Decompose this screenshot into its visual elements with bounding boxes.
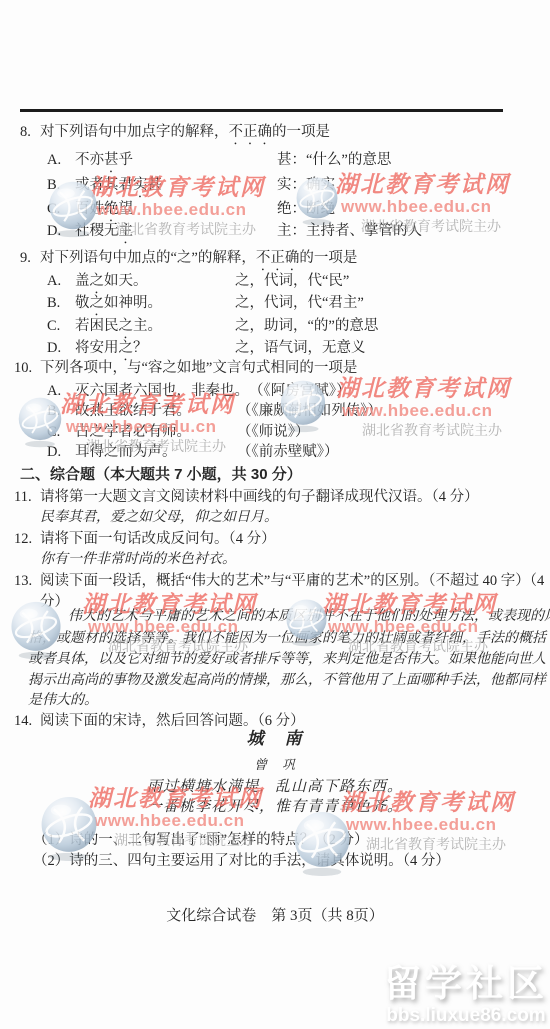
option-phrase: C.古之学者必有师。 [47,422,237,442]
stem-pre: 对下列语句中加点的“之”的解释， [40,250,256,266]
question-13-paragraph-line: 是伟大的。 [28,691,98,711]
question-12-stem: 12. 请将下面一句话改成反问句。（4 分） [14,529,276,549]
question-8-option-a: A.不亦甚乎 甚：“什么”的意思 [47,150,391,176]
phrase-pre: 不亦 [75,152,104,168]
question-10-number: 10. [14,358,40,378]
phrase-pre: 敬 [75,295,90,311]
exam-paper-page: 8. 对下列语句中加点字的解释，不正确的一项是 A.不亦甚乎 甚：“什么”的意思… [0,0,550,1029]
phrase-pre: 盖 [75,273,90,289]
question-11-sentence: 民奉其君，爱之如父母，仰之如日月。 [40,508,278,528]
question-9-number: 9. [20,248,40,274]
option-phrase: A.不亦甚乎 [47,150,277,176]
section-2-header: 二、综合题（本大题共 7 小题，共 30 分） [20,465,302,485]
question-13-stem: 13. 阅读下面一段话，概括“伟大的艺术”与“平庸的艺术”的区别。（不超过 40… [14,571,544,591]
phrase-post: ？ [133,340,148,356]
question-14-number: 14. [14,711,40,731]
question-12-number: 12. [14,529,40,549]
question-13-paragraph-line: 揭示出高尚的事物及激发起高尚的情操，那么，不管他用了上面哪种手法，他都同样 [28,671,546,691]
phrase-post: 主。 [133,318,162,334]
question-8-option-d: D.社稷无主 主：主持者、掌管的人 [47,221,422,247]
watermark-site-url: www.hbee.edu.cn [346,815,515,834]
question-12-sentence: 你有一件非常时尚的米色衬衣。 [40,550,236,570]
header-divider [20,109,503,112]
stem-emphasis: 不正确 [256,250,300,266]
phrase-emphasis: 甚 [104,152,119,168]
question-10-option-c: C.古之学者必有师。 （《师说》） [47,422,310,442]
question-13-number: 13. [14,571,40,591]
stem-post: 的一项是 [299,250,357,266]
question-14-sub2: （2）诗的三、四句主要运用了对比的手法，请具体说明。（4 分） [33,851,450,871]
option-phrase: A.灭六国者六国也，非秦也。 [47,381,249,401]
poem-author: 曾 巩 [0,755,550,775]
question-8-stem: 8. 对下列语句中加点字的解释，不正确的一项是 [20,122,330,148]
option-letter: B. [47,293,75,313]
option-letter: A. [47,381,75,401]
question-8-number: 8. [20,122,40,148]
phrase-pre: 若困民 [75,318,119,334]
option-source: （《前赤壁赋》） [237,442,339,462]
question-14-stem: 14. 阅读下面的宋诗，然后回答问题。（6 分） [14,711,305,731]
option-letter: D. [47,442,75,462]
phrase-post: 如天。 [104,273,148,289]
phrase-post: 甚 [148,177,163,193]
question-10-stem: 10. 下列各项中，与“容之如地”文言句式相同的一项是 [14,358,357,378]
question-12-stem-text: 请将下面一句话改成反问句。（4 分） [40,529,276,549]
option-letter: C. [47,422,75,442]
question-11-stem: 11. 请将第一大题文言文阅读材料中画线的句子翻译成现代汉语。（4 分） [14,487,479,507]
question-13-paragraph-line: 伟大的艺术与平庸的艺术之间的本质区别并不在于他们的处理方法，或表现的风 [68,607,550,627]
question-11-stem-text: 请将第一大题文言文阅读材料中画线的句子翻译成现代汉语。（4 分） [40,487,479,507]
option-source: （《阿房宫赋》） [249,381,351,401]
question-10-option-d: D.耳得之而为声。 （《前赤壁赋》） [47,442,339,462]
option-letter: C. [47,316,75,336]
question-13-stem-text: 阅读下面一段话，概括“伟大的艺术”与“平庸的艺术”的区别。（不超过 40 字）（… [40,571,544,591]
option-phrase: D.社稷无主 [47,221,277,247]
option-gloss: 主：主持者、掌管的人 [277,221,422,247]
question-8-option-b: B.或者其君实甚 实：确实 [47,175,335,201]
phrase-emphasis: 之 [119,318,134,334]
corner-watermark-url: bbs.liuxue86.com [384,1005,548,1027]
phrase-post: 望 [119,201,134,217]
question-11-number: 11. [14,487,40,507]
option-letter: D. [47,338,75,358]
page-footer: 文化综合试卷 第 3页（共 8页） [0,906,550,926]
phrase-emphasis: 之 [90,295,105,311]
phrase-text: 灭六国者六国也，非秦也。 [75,383,249,399]
option-gloss: 实：确实 [277,175,335,201]
poem-line: 雨过横塘水满堤，乱山高下路东西。 [0,777,550,797]
option-letter: A. [47,271,75,291]
phrase-pre: 将安用 [75,340,119,356]
watermark-host-text: 湖北省教育考试院主办 [362,422,511,439]
option-letter: D. [47,221,75,241]
option-phrase: D.耳得之而为声。 [47,442,237,462]
phrase-post: 如神明。 [104,295,162,311]
option-letter: C. [47,199,75,219]
phrase-emphasis: 主 [119,223,134,239]
question-13-stem-wrap: 分） [40,592,69,612]
stem-pre: 对下列语句中加点字的解释， [40,124,229,140]
question-10-stem-text: 下列各项中，与“容之如地”文言句式相同的一项是 [40,358,357,378]
phrase-text: 耳得之而为声。 [75,444,177,460]
option-gloss: 甚：“什么”的意思 [277,150,391,176]
question-8-stem-text: 对下列语句中加点字的解释，不正确的一项是 [40,122,330,148]
phrase-emphasis: 之 [90,273,105,289]
stem-emphasis: 不正确 [229,124,273,140]
question-13-paragraph-line: 或者具体，以及它对细节的爱好或者排斥等等，来判定他是否伟大。如果他能向世人 [28,650,546,670]
phrase-pre: 百姓 [75,201,104,217]
watermark-site-name: 湖北教育考试网 [336,376,511,401]
phrase-emphasis: 绝 [104,201,119,217]
option-phrase: B.或者其君实甚 [47,175,277,201]
option-letter: A. [47,150,75,170]
question-13-paragraph-line: 格，或题材的选择等等。我们不能因为一位画家的笔力的壮阔或者纤细，手法的概括 [28,629,546,649]
option-source: （《廉颇蔺相如列传》） [237,401,382,421]
question-10-option-b: B.故燕王欲结于君。 （《廉颇蔺相如列传》） [47,401,382,421]
phrase-emphasis: 实 [133,177,148,193]
corner-watermark-title: 留学社区 [384,963,548,1005]
question-10-option-a: A.灭六国者六国也，非秦也。 （《阿房宫赋》） [47,381,351,401]
phrase-emphasis: 之 [119,340,134,356]
phrase-pre: 社稷无 [75,223,119,239]
option-letter: B. [47,401,75,421]
phrase-text: 故燕王欲结于君。 [75,403,191,419]
corner-watermark: 留学社区 bbs.liuxue86.com [384,963,548,1027]
option-phrase: B.故燕王欲结于君。 [47,401,237,421]
watermark-site-url: www.hbee.edu.cn [341,197,510,216]
option-letter: B. [47,175,75,195]
phrase-pre: 或者其君 [75,177,133,193]
phrase-text: 古之学者必有师。 [75,424,191,440]
poem-line: 一番桃李花开尽，惟有青青草色齐。 [0,797,550,817]
question-14-sub1: （1）诗的一、二句写出了“雨”怎样的特点？（2 分） [33,830,369,850]
question-14-stem-text: 阅读下面的宋诗，然后回答问题。（6 分） [40,711,305,731]
option-source: （《师说》） [237,422,310,442]
poem-title: 城 南 [0,729,550,749]
phrase-post: 乎 [119,152,134,168]
stem-post: 的一项是 [272,124,330,140]
